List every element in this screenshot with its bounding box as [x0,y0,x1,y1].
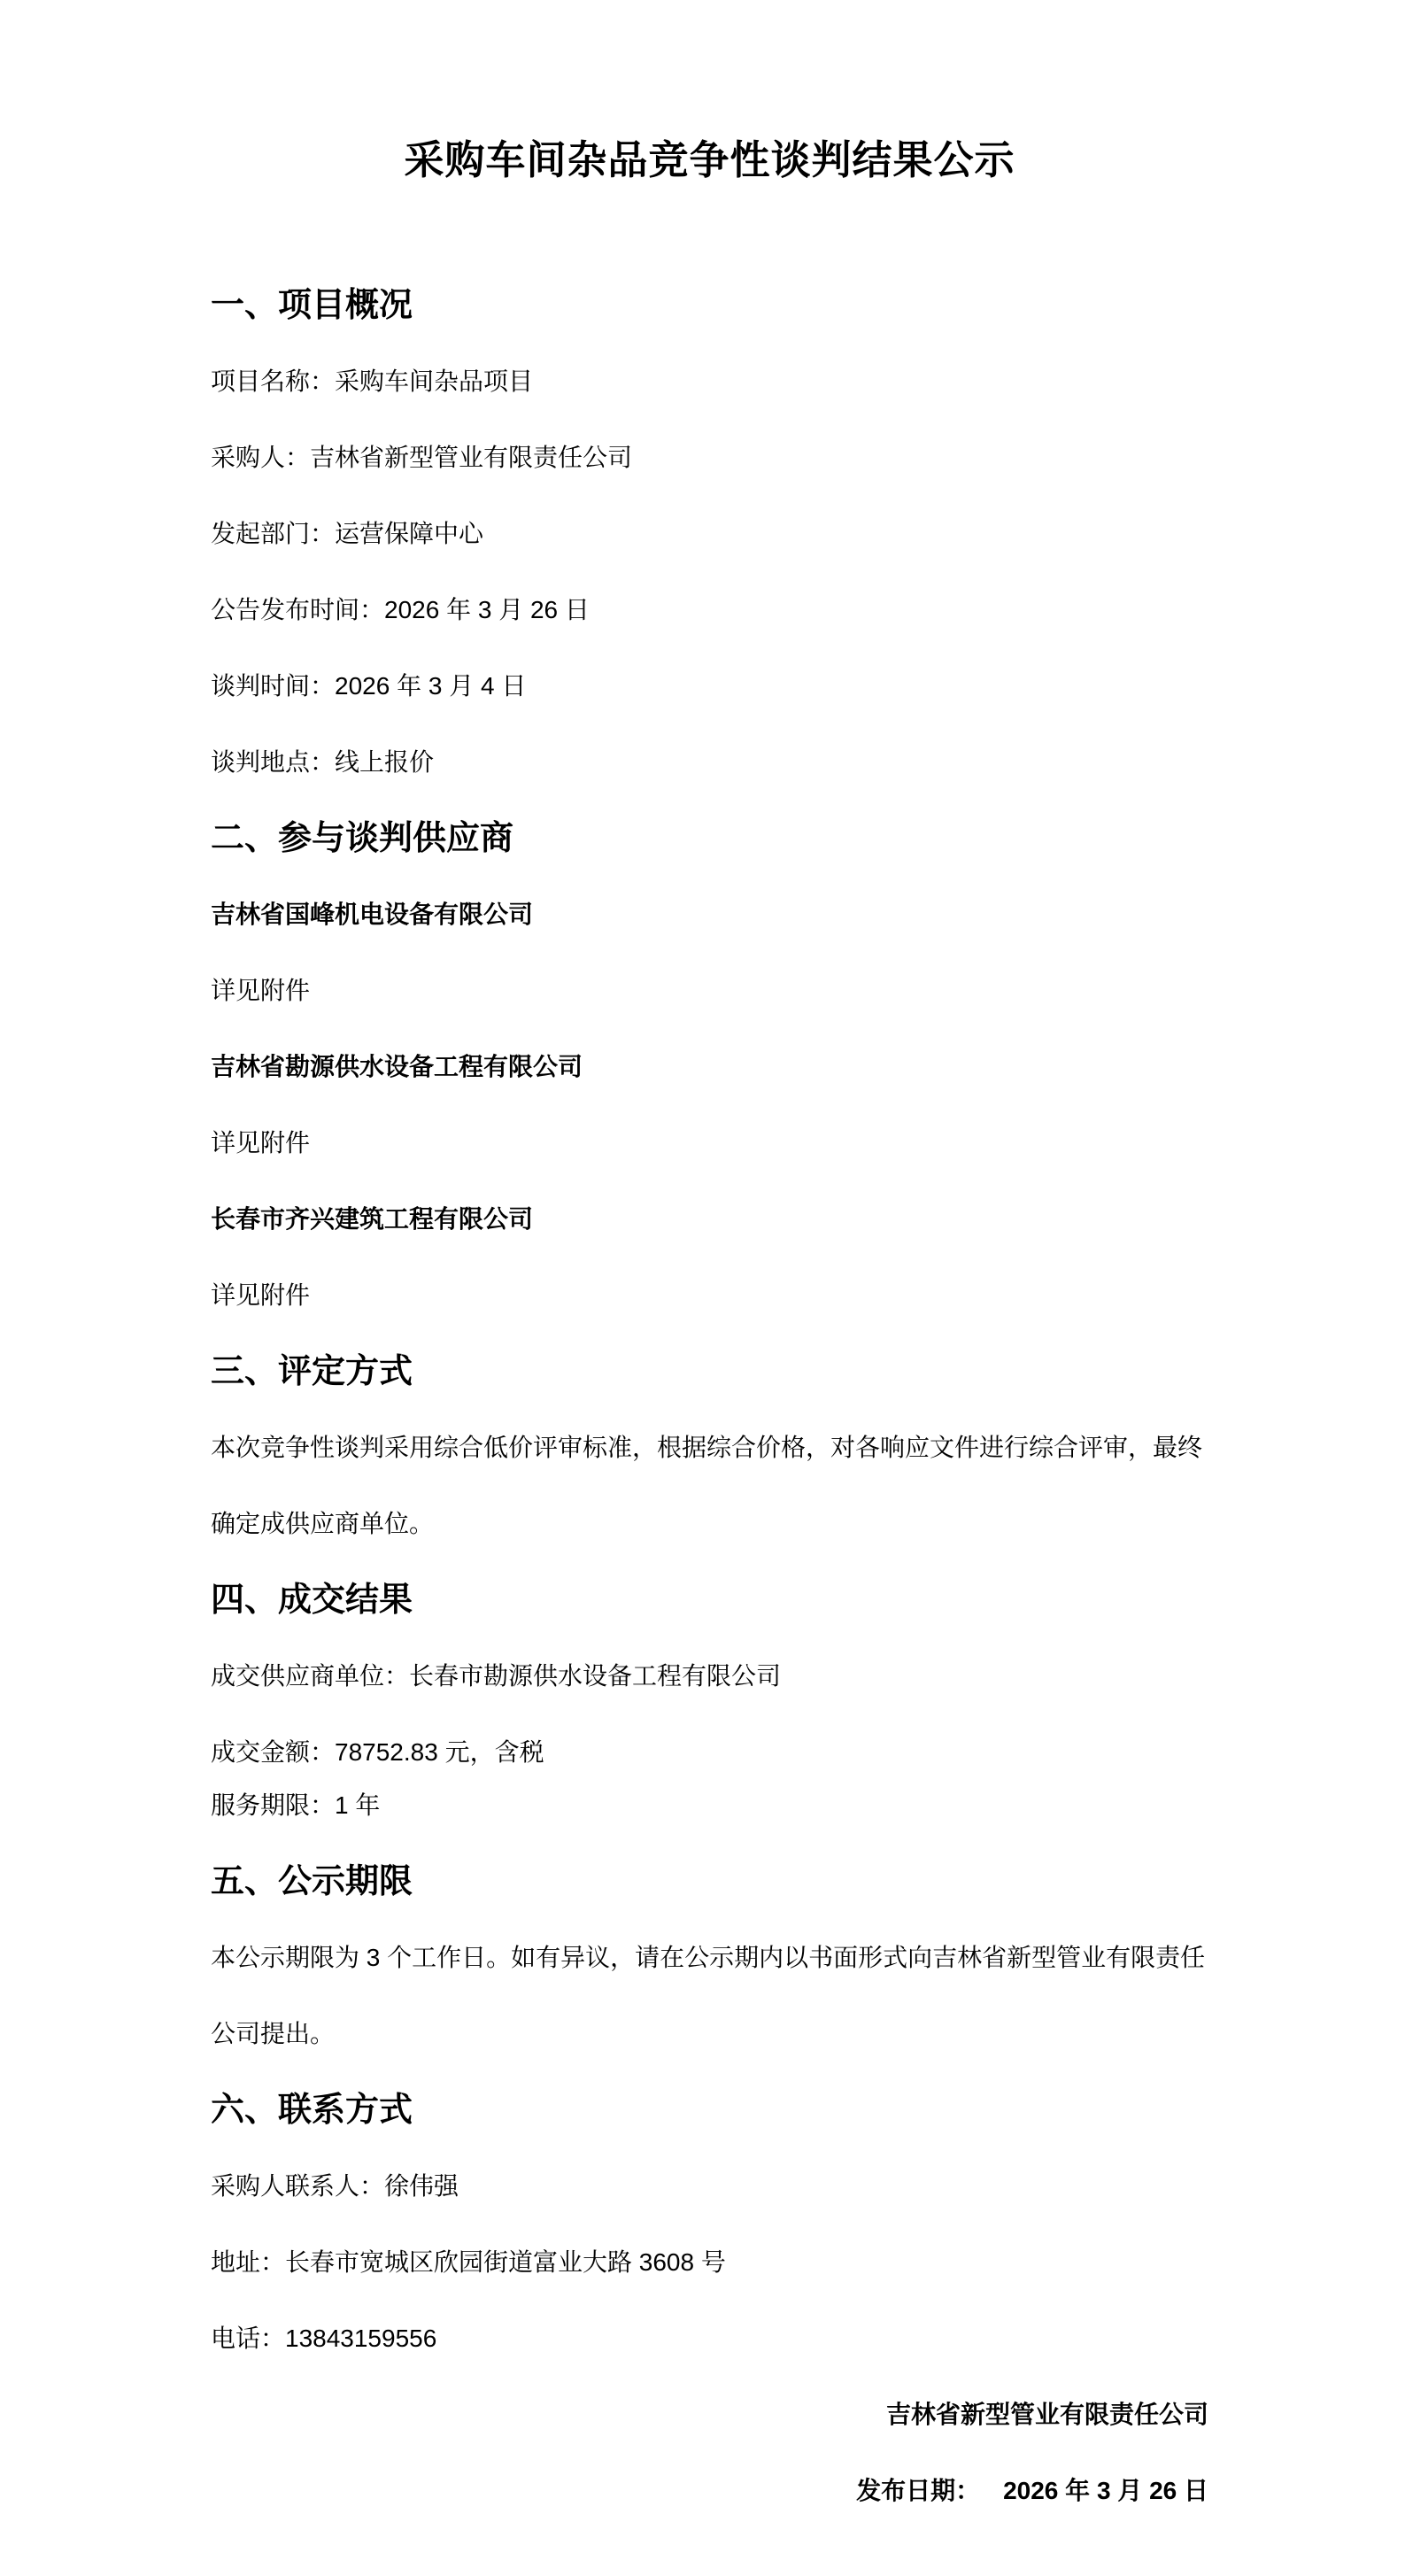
announcement-publish-time: 公告发布时间：2026 年 3 月 26 日 [211,572,1208,648]
section-heading-evaluation-method: 三、评定方式 [211,1334,1208,1410]
publicity-period-text: 本公示期限为 3 个工作日。如有异议，请在公示期内以书面形式向吉林省新型管业有限… [211,1920,1208,2072]
supplier-3-name: 长春市齐兴建筑工程有限公司 [211,1181,1208,1257]
negotiation-time: 谈判时间：2026 年 3 月 4 日 [211,648,1208,724]
section-deal-result: 四、成交结果 成交供应商单位：长春市勘源供水设备工程有限公司 成交金额：7875… [211,1562,1208,1844]
section-heading-participating-suppliers: 二、参与谈判供应商 [211,801,1208,877]
footer-company-signature: 吉林省新型管业有限责任公司 [211,2377,1208,2453]
supplier-3-attachment-note: 详见附件 [211,1257,1208,1334]
contact-address: 地址：长春市宽城区欣园街道富业大路 3608 号 [211,2224,1208,2301]
supplier-2-name: 吉林省勘源供水设备工程有限公司 [211,1029,1208,1105]
winning-supplier: 成交供应商单位：长春市勘源供水设备工程有限公司 [211,1638,1208,1714]
contact-phone: 电话：13843159556 [211,2301,1208,2377]
section-heading-publicity-period: 五、公示期限 [211,1844,1208,1920]
document-page: 采购车间杂品竞争性谈判结果公示 一、项目概况 项目名称：采购车间杂品项目 采购人… [0,0,1405,2576]
document-title: 采购车间杂品竞争性谈判结果公示 [211,140,1208,180]
project-name: 项目名称：采购车间杂品项目 [211,344,1208,420]
publish-date-value: 2026 年 3 月 26 日 [1003,2453,1208,2529]
document-footer: 吉林省新型管业有限责任公司 发布日期：2026 年 3 月 26 日 [211,2377,1208,2529]
section-heading-deal-result: 四、成交结果 [211,1562,1208,1638]
supplier-1-name: 吉林省国峰机电设备有限公司 [211,877,1208,953]
footer-publish-date-line: 发布日期：2026 年 3 月 26 日 [211,2453,1208,2529]
negotiation-place: 谈判地点：线上报价 [211,724,1208,801]
section-heading-project-overview: 一、项目概况 [211,267,1208,344]
supplier-2-attachment-note: 详见附件 [211,1105,1208,1181]
purchaser: 采购人：吉林省新型管业有限责任公司 [211,420,1208,496]
supplier-1-attachment-note: 详见附件 [211,953,1208,1029]
section-participating-suppliers: 二、参与谈判供应商 吉林省国峰机电设备有限公司 详见附件 吉林省勘源供水设备工程… [211,801,1208,1334]
section-evaluation-method: 三、评定方式 本次竞争性谈判采用综合低价评审标准，根据综合价格，对各响应文件进行… [211,1334,1208,1562]
contact-person: 采购人联系人：徐伟强 [211,2148,1208,2224]
service-period: 服务期限：1 年 [211,1768,1208,1844]
initiating-department: 发起部门：运营保障中心 [211,496,1208,572]
section-heading-contact-info: 六、联系方式 [211,2072,1208,2148]
section-project-overview: 一、项目概况 项目名称：采购车间杂品项目 采购人：吉林省新型管业有限责任公司 发… [211,267,1208,801]
section-publicity-period: 五、公示期限 本公示期限为 3 个工作日。如有异议，请在公示期内以书面形式向吉林… [211,1844,1208,2072]
publish-date-label: 发布日期： [856,2477,980,2504]
section-contact-info: 六、联系方式 采购人联系人：徐伟强 地址：长春市宽城区欣园街道富业大路 3608… [211,2072,1208,2377]
evaluation-method-text: 本次竞争性谈判采用综合低价评审标准，根据综合价格，对各响应文件进行综合评审，最终… [211,1410,1208,1562]
